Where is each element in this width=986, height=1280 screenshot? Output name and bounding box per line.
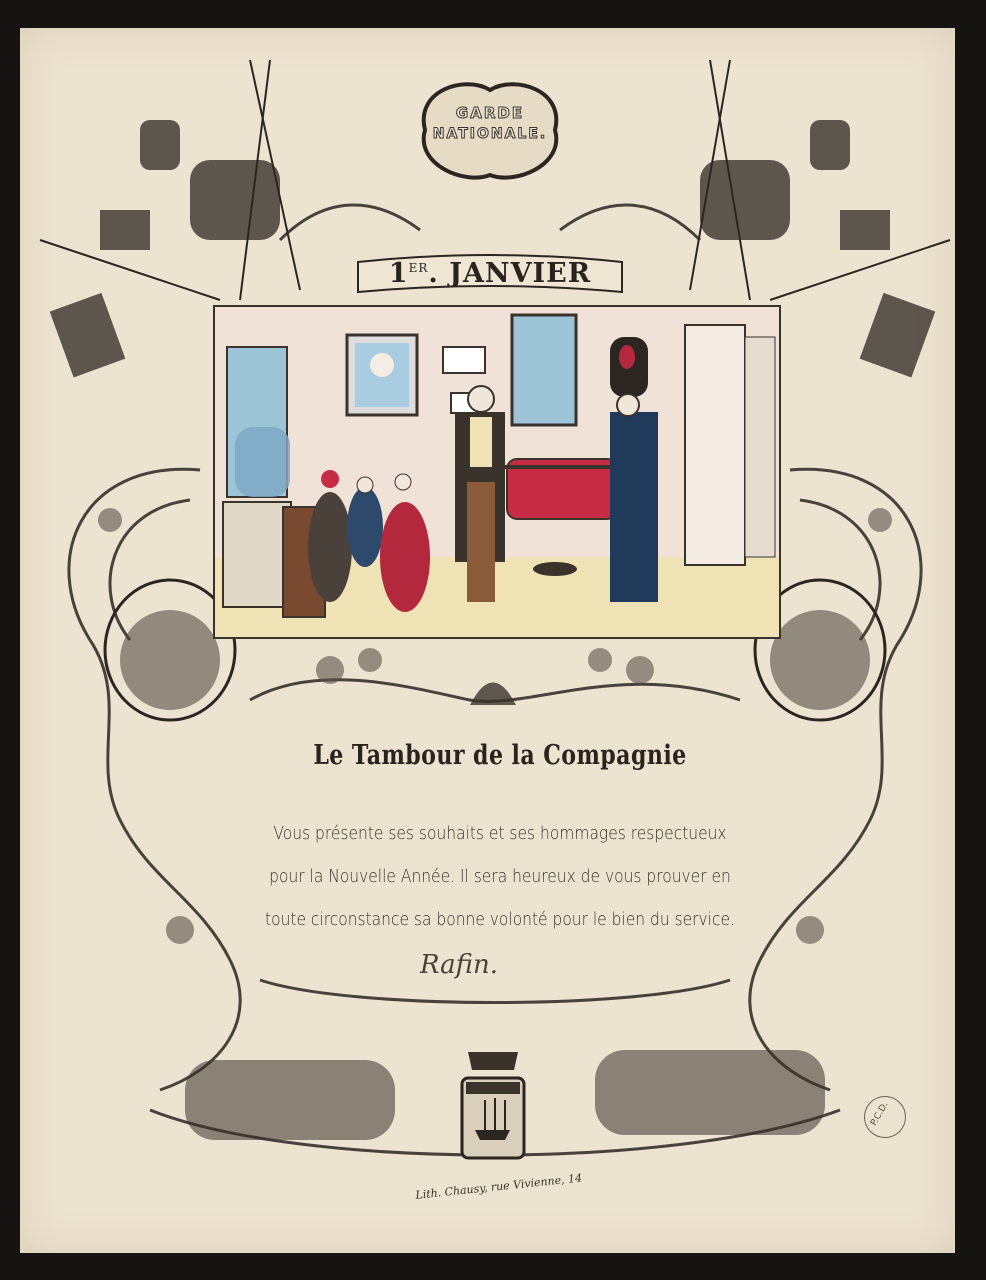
date-banner: 1ER. JANVIER: [352, 252, 628, 296]
colored-interior-scene: [213, 305, 781, 639]
library-stamp: P.C.D.: [864, 1096, 906, 1138]
greeting-line-2: pour la Nouvelle Année. Il sera heureux …: [259, 855, 741, 898]
banner-superscript: ER: [409, 261, 429, 275]
banner-prefix: 1: [389, 258, 409, 289]
ornamental-frame: [0, 0, 986, 1280]
banner-label: 1ER. JANVIER: [352, 258, 628, 289]
signature: Rafin.: [420, 950, 550, 980]
garde-nationale-cartouche: GARDE NATIONALE.: [405, 70, 575, 190]
stamp-text: P.C.D.: [869, 1100, 891, 1127]
greeting-line-1: Vous présente ses souhaits et ses hommag…: [259, 812, 741, 855]
banner-month: JANVIER: [449, 258, 591, 289]
greeting-line-3: toute circonstance sa bonne volonté pour…: [259, 898, 741, 941]
greeting-body: Vous présente ses souhaits et ses hommag…: [259, 812, 741, 941]
greeting-title: Le Tambour de la Compagnie: [279, 740, 722, 771]
cartouche-line-1: GARDE: [405, 104, 575, 122]
cartouche-line-2: NATIONALE.: [405, 126, 575, 142]
